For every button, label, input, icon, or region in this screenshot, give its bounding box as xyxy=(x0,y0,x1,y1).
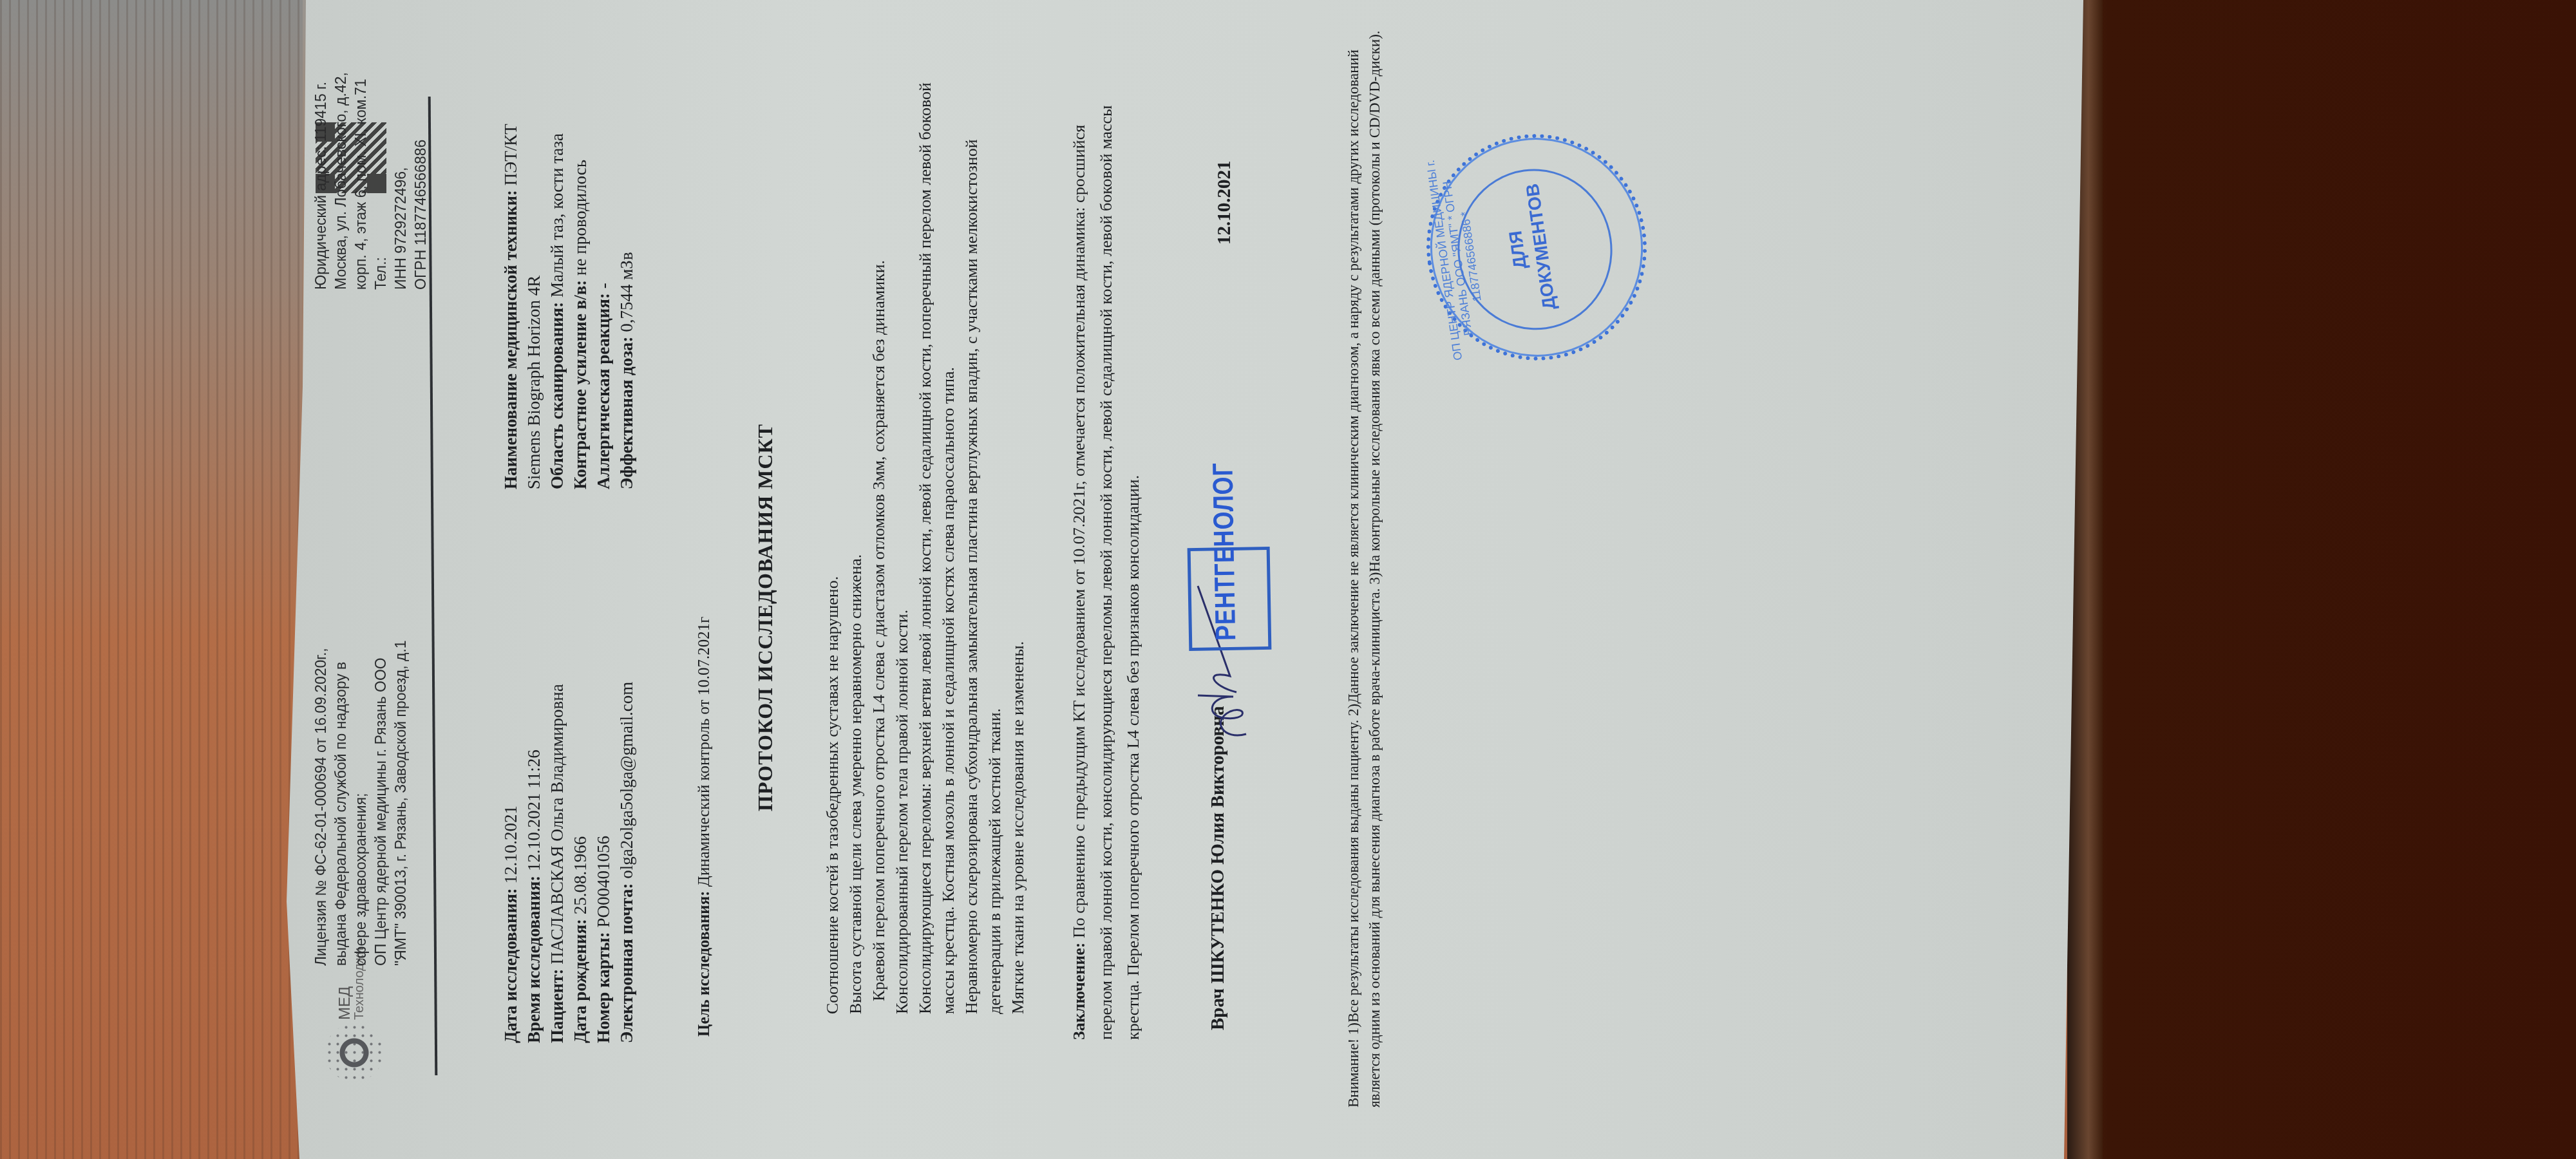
finding-paragraph: Краевой перелом поперечного отростка L4 … xyxy=(867,80,891,1014)
allergy-label: Аллергическая реакция: xyxy=(594,293,613,489)
contrast-label: Контрастное усиление в/в: xyxy=(571,280,590,489)
birth-date: 25.08.1966 xyxy=(571,836,590,915)
equipment-value: ПЭТ/КТ xyxy=(501,124,520,185)
radiologist-stamp: РЕНТГЕНОЛОГ xyxy=(1188,547,1272,651)
email-label: Электронная почта: xyxy=(617,883,636,1043)
document-sheet: МЕД Технолоджи Лицензия № ФС-62-01-00069… xyxy=(287,0,2083,1159)
logo-line1: МЕД xyxy=(338,986,352,1020)
finding-paragraph: Соотношение костей в тазобедренных суста… xyxy=(821,80,844,1014)
finding-paragraph: Неравномерно склерозирована субхондральн… xyxy=(960,80,1007,1014)
med-technology-logo: МЕД Технолоджи xyxy=(325,1011,383,1082)
conclusion-text: По сравнению с предыдущим КТ исследовани… xyxy=(1070,106,1142,1041)
conclusion-section: Заключение: По сравнению с предыдущим КТ… xyxy=(1066,87,1147,1040)
goal-value: Динамический контроль от 10.07.2021г xyxy=(696,617,713,887)
goal-label: Цель исследования: xyxy=(696,890,713,1037)
license-block: Лицензия № ФС-62-01-000694 от 16.09.2020… xyxy=(311,502,411,966)
finding-paragraph: Консолидированный перелом тела правой ло… xyxy=(891,80,914,1014)
scan-area-label: Область сканирования: xyxy=(547,302,567,489)
finding-paragraph: Консолидирующиеся переломы: верхней ветв… xyxy=(914,80,960,1014)
license-line: выдана Федеральной службой по надзору в xyxy=(331,502,351,966)
license-line: ОП Центр ядерной медицины г. Рязань ООО xyxy=(371,502,391,966)
stamp-text: РЕНТГЕНОЛОГ xyxy=(1207,462,1242,641)
qr-code-icon xyxy=(316,122,386,193)
findings-section: Соотношение костей в тазобедренных суста… xyxy=(821,80,1030,1014)
address-line: ИНН 9729272496, xyxy=(391,19,411,290)
card-number: PO00401056 xyxy=(594,836,613,928)
exam-time-label: Время исследования: xyxy=(524,876,544,1043)
equipment-model: Siemens Biograph Horizon 4R xyxy=(522,26,545,489)
license-line: сфере здравоохранения; xyxy=(351,502,371,966)
conclusion-label: Заключение: xyxy=(1070,942,1088,1040)
allergy-value: - xyxy=(594,283,613,288)
equipment-info: Наименование медицинской техники: ПЭТ/КТ… xyxy=(499,26,638,489)
exam-goal: Цель исследования: Динамический контроль… xyxy=(696,135,714,1037)
patient-info: Дата исследования: 12.10.2021 Время иссл… xyxy=(499,528,638,1043)
birth-date-label: Дата рождения: xyxy=(571,919,590,1043)
license-line: Лицензия № ФС-62-01-000694 от 16.09.2020… xyxy=(311,502,331,966)
patient-name: ПАСЛАВСКАЯ Ольга Владимировна xyxy=(547,684,567,965)
wooden-table-background xyxy=(0,0,303,1159)
warning-note: Внимание! 1)Все результаты исследования … xyxy=(1343,13,1385,1107)
patient-label: Пациент: xyxy=(547,969,567,1043)
license-line: "ЯМТ" 390013, г. Рязань, Заводской проез… xyxy=(391,502,411,966)
document-page-rotated: МЕД Технолоджи Лицензия № ФС-62-01-00069… xyxy=(287,0,2058,1159)
warning-label: Внимание! xyxy=(1345,1039,1361,1107)
document-title: ПРОТОКОЛ ИССЛЕДОВАНИЯ МСКТ xyxy=(753,232,777,811)
header-divider xyxy=(428,97,438,1075)
folder-cover-background xyxy=(2067,0,2576,1159)
scan-area-value: Малый таз, кости таза xyxy=(547,133,567,297)
exam-time: 12.10.2021 11:26 xyxy=(524,749,544,871)
signature-date: 12.10.2021 xyxy=(1214,161,1235,245)
logo-dots-icon xyxy=(325,1024,383,1082)
contrast-value: не проводилось xyxy=(571,160,590,276)
card-number-label: Номер карты: xyxy=(594,932,613,1043)
patient-email: olga2olga5olga@gmail.com xyxy=(617,682,636,879)
exam-date-label: Дата исследования: xyxy=(501,888,520,1043)
dose-label: Эффективная доза: xyxy=(617,336,636,489)
warning-text: 1)Все результаты исследования выданы пац… xyxy=(1345,30,1383,1107)
dose-value: 0,7544 мЗв xyxy=(617,252,636,332)
finding-paragraph: Мягкие ткани на уровне исследования не и… xyxy=(1007,80,1030,1014)
organization-seal: ОП ЦЕНТР ЯДЕРНОЙ МЕДИЦИНЫ г. РЯЗАНЬ ООО … xyxy=(1412,120,1662,375)
equipment-label: Наименование медицинской техники: xyxy=(501,190,520,489)
finding-paragraph: Высота суставной щели слева умеренно нер… xyxy=(844,80,867,1014)
exam-date: 12.10.2021 xyxy=(501,806,520,884)
